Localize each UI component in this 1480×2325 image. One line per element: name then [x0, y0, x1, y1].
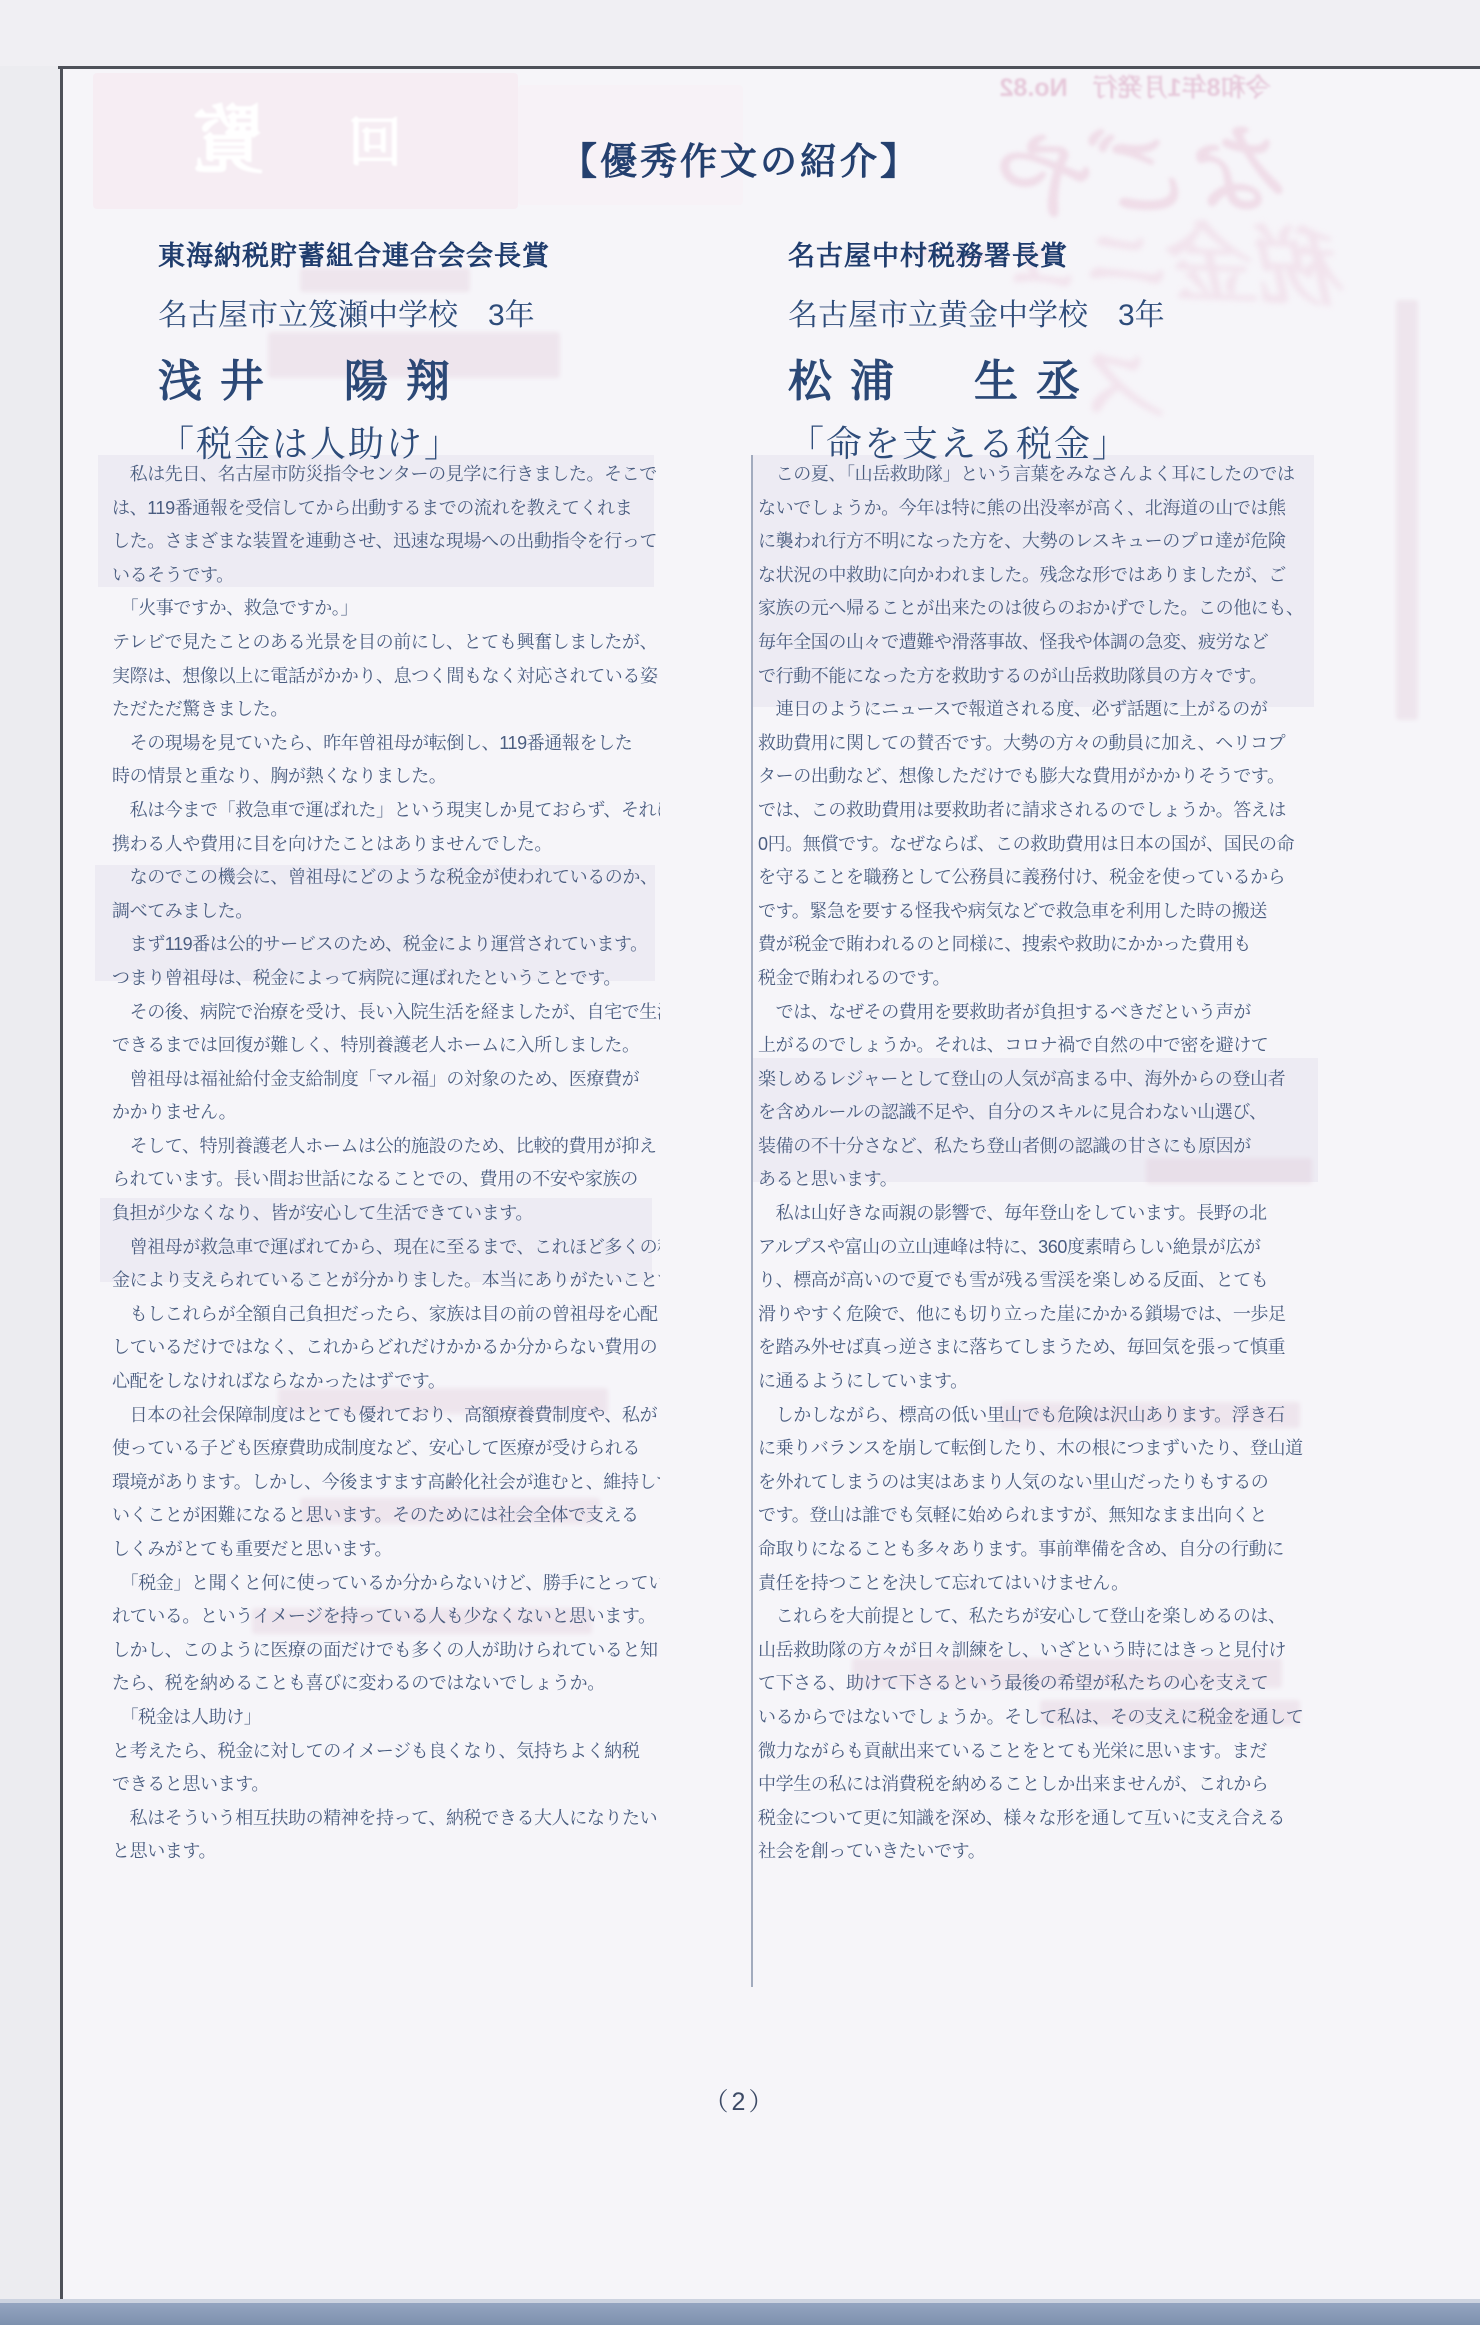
left-award-name: 東海納税貯蓄組合連合会会長賞 [158, 234, 678, 273]
scan-bottom-band [0, 2303, 1480, 2325]
left-author-name: 浅井 陽翔 [158, 345, 678, 409]
page-left-edge [60, 66, 63, 2306]
right-author-name: 松浦 生丞 [788, 345, 1308, 409]
scan-left-margin [0, 0, 61, 2325]
bleedthrough-text-bar [1396, 300, 1418, 720]
left-essay-header: 東海納税貯蓄組合連合会会長賞 名古屋市立笈瀬中学校 3年 浅井 陽翔 「税金は人… [158, 234, 678, 467]
page-top-edge [58, 66, 1480, 69]
right-essay-header: 名古屋中村税務署長賞 名古屋市立黄金中学校 3年 松浦 生丞 「命を支える税金」 [788, 234, 1308, 467]
scan-top-margin [0, 0, 1480, 66]
right-essay-body: この夏、「山岳救助隊」という言葉をみなさんよく耳にしたのでは ないでしょうか。今… [758, 458, 1306, 1888]
right-award-name: 名古屋中村税務署長賞 [788, 234, 1308, 273]
page-number: （2） [64, 2082, 1416, 2118]
section-title: 【優秀作文の紹介】 [64, 131, 1416, 185]
scanned-page: 覧 回 令和8年1月発行 No.82 なごや 税金ニュース 【優秀作文の紹介】 … [0, 0, 1480, 2325]
column-divider [751, 455, 753, 1987]
bleedthrough-issue-line: 令和8年1月発行 No.82 [940, 68, 1330, 104]
left-school-grade: 名古屋市立笈瀬中学校 3年 [158, 290, 678, 334]
right-school-grade: 名古屋市立黄金中学校 3年 [788, 290, 1308, 334]
left-essay-body: 私は先日、名古屋市防災指令センターの見学に行きました。そこで は、119番通報を… [112, 458, 660, 1888]
